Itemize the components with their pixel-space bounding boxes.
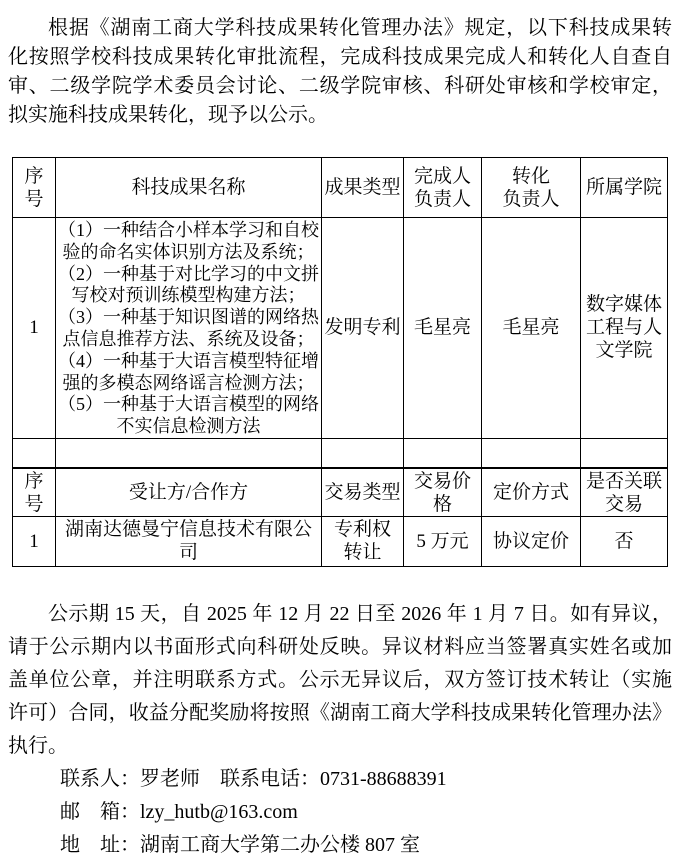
- intro-line-1: 根据《湖南工商大学科技成果转化管理办法》规定，以下科技成果转: [8, 14, 672, 43]
- header-trade-price: 交易价 格: [404, 468, 482, 516]
- notice-line-3: 盖单位公章，并注明联系方式。公示无异议后，双方签订技术转让（实施: [8, 664, 672, 697]
- cell-pricing-method: 协议定价: [482, 516, 581, 566]
- header-completer: 完成人 负责人: [404, 158, 482, 218]
- spacer-cell: [322, 438, 404, 468]
- contact-email-line: 邮 箱：lzy_hutb@163.com: [8, 796, 672, 829]
- spacer-row: [13, 438, 668, 468]
- header-serial-no: 序 号: [13, 158, 56, 218]
- announcement-page: 根据《湖南工商大学科技成果转化管理办法》规定，以下科技成果转 化按照学校科技成果…: [0, 0, 682, 856]
- achievement-name-line-1: （1）一种结合小样本学习和自校: [56, 220, 321, 242]
- announcement-table: 序 号 科技成果名称 成果类型 完成人 负责人 转化 负责人 所属学院 1 （1…: [12, 157, 668, 567]
- cell-achievement-names: （1）一种结合小样本学习和自校 验的命名实体识别方法及系统； （2）一种基于对比…: [56, 218, 322, 439]
- cell-college: 数字媒体 工程与人 文学院: [581, 218, 668, 439]
- achievement-name-line-4: 写校对预训练模型构建方法；: [56, 285, 321, 307]
- achievement-name-line-8: 强的多模态网络谣言检测方法；: [56, 373, 321, 395]
- contact-info: 联系人：罗老师 联系电话：0731-88688391 邮 箱：lzy_hutb@…: [8, 763, 672, 856]
- spacer-cell: [56, 438, 322, 468]
- achievement-name-line-10: 不实信息检测方法: [56, 416, 321, 438]
- contact-person-line: 联系人：罗老师 联系电话：0731-88688391: [8, 763, 672, 796]
- achievement-name-line-7: （4）一种基于大语言模型特征增: [56, 351, 321, 373]
- intro-line-2: 化按照学校科技成果转化审批流程，完成科技成果完成人和转化人自查自: [8, 43, 672, 72]
- achievement-name-line-9: （5）一种基于大语言模型的网络: [56, 394, 321, 416]
- header-college: 所属学院: [581, 158, 668, 218]
- cell-related-trade: 否: [581, 516, 668, 566]
- header-transformer: 转化 负责人: [482, 158, 581, 218]
- notice-line-1: 公示期 15 天，自 2025 年 12 月 22 日至 2026 年 1 月 …: [8, 598, 672, 631]
- cell-trade-type: 专利权 转让: [322, 516, 404, 566]
- transaction-header-row: 序 号 受让方/合作方 交易类型 交易价 格 定价方式 是否关联 交易: [13, 468, 668, 516]
- header-related-trade: 是否关联 交易: [581, 468, 668, 516]
- intro-line-4: 拟实施科技成果转化，现予以公示。: [8, 101, 672, 130]
- achievement-name-line-3: （2）一种基于对比学习的中文拼: [56, 264, 321, 286]
- cell-transformer: 毛星亮: [482, 218, 581, 439]
- cell-serial-no: 1: [13, 218, 56, 439]
- header-pricing-method: 定价方式: [482, 468, 581, 516]
- notice-paragraph: 公示期 15 天，自 2025 年 12 月 22 日至 2026 年 1 月 …: [8, 598, 672, 763]
- notice-line-4: 许可）合同，收益分配奖励将按照《湖南工商大学科技成果转化管理办法》: [8, 697, 672, 730]
- contact-address-line: 地 址：湖南工商大学第二办公楼 807 室: [8, 829, 672, 856]
- spacer-cell: [482, 438, 581, 468]
- header-assignee: 受让方/合作方: [56, 468, 322, 516]
- achievement-name-line-2: 验的命名实体识别方法及系统；: [56, 242, 321, 264]
- cell-trade-price: 5 万元: [404, 516, 482, 566]
- cell-assignee: 湖南达德曼宁信息技术有限公司: [56, 516, 322, 566]
- header-achievement-type: 成果类型: [322, 158, 404, 218]
- cell-completer: 毛星亮: [404, 218, 482, 439]
- cell-achievement-type: 发明专利: [322, 218, 404, 439]
- header-achievement-name: 科技成果名称: [56, 158, 322, 218]
- notice-line-2: 请于公示期内以书面形式向科研处反映。异议材料应当签署真实姓名或加: [8, 631, 672, 664]
- achievement-data-row: 1 （1）一种结合小样本学习和自校 验的命名实体识别方法及系统； （2）一种基于…: [13, 218, 668, 439]
- achievement-name-line-5: （3）一种基于知识图谱的网络热: [56, 307, 321, 329]
- spacer-cell: [13, 438, 56, 468]
- cell-serial-no-2: 1: [13, 516, 56, 566]
- notice-line-5: 执行。: [8, 730, 672, 763]
- header-serial-no-2: 序 号: [13, 468, 56, 516]
- transaction-data-row: 1 湖南达德曼宁信息技术有限公司 专利权 转让 5 万元 协议定价 否: [13, 516, 668, 566]
- spacer-cell: [581, 438, 668, 468]
- intro-line-3: 审、二级学院学术委员会讨论、二级学院审核、科研处审核和学校审定，: [8, 72, 672, 101]
- spacer-cell: [404, 438, 482, 468]
- intro-paragraph: 根据《湖南工商大学科技成果转化管理办法》规定，以下科技成果转 化按照学校科技成果…: [8, 0, 672, 130]
- achievement-name-line-6: 点信息推荐方法、系统及设备；: [56, 329, 321, 351]
- header-trade-type: 交易类型: [322, 468, 404, 516]
- achievement-header-row: 序 号 科技成果名称 成果类型 完成人 负责人 转化 负责人 所属学院: [13, 158, 668, 218]
